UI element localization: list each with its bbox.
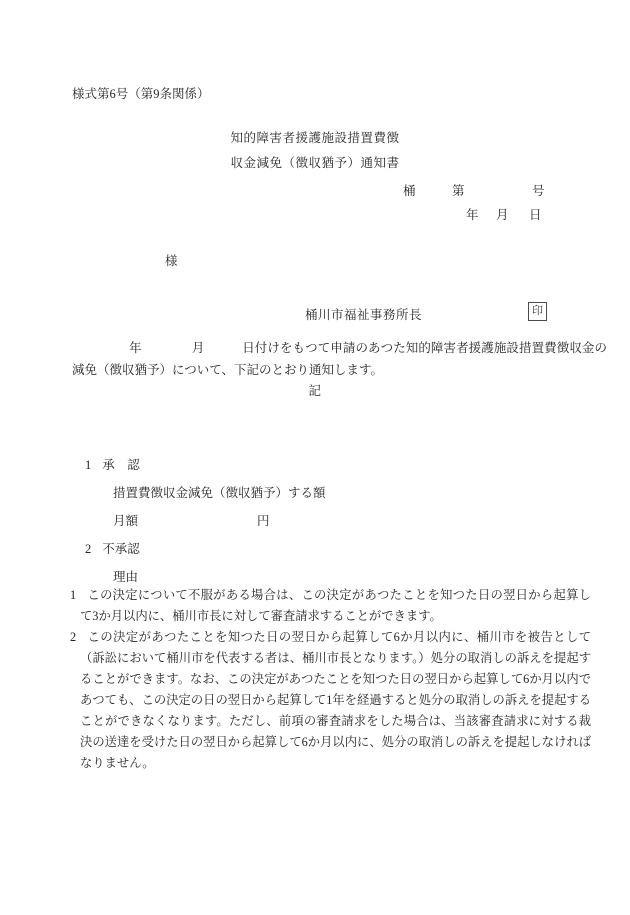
doc-number-suffix: 号 <box>532 181 545 199</box>
title-line-1: 知的障害者援護施設措置費徴 <box>0 126 630 151</box>
decision-item-disapproval: 2不承認 <box>85 539 140 557</box>
document-page: 様式第6号（第9条関係） 知的障害者援護施設措置費徴 収金減免（徴収猶予）通知書… <box>0 0 630 915</box>
date-day-label: 日 <box>529 205 542 223</box>
intro-paragraph: 年 月 日付けをもつて申請のあつた知的障害者援護施設措置費徴収金の減免（徴収猶予… <box>72 338 607 381</box>
date-month-label: 月 <box>496 205 509 223</box>
decision-item-approval-number: 1 <box>85 458 91 472</box>
appeal-notes: 1この決定について不服がある場合は、この決定があつたことを知つた日の翌日から起算… <box>70 585 591 774</box>
appeal-note-1-number: 1 <box>70 588 76 602</box>
issuer-title: 桶川市福祉事務所長 <box>305 305 422 323</box>
decision-item-disapproval-number: 2 <box>85 542 91 556</box>
decision-item-approval: 1承 認 <box>85 455 140 473</box>
appeal-note-2-text: この決定があつたことを知つた日の翌日から起算して6か月以内に、桶川市を被告として… <box>80 630 591 770</box>
document-title: 知的障害者援護施設措置費徴 収金減免（徴収猶予）通知書 <box>0 126 630 176</box>
addressee-honorific: 様 <box>165 251 178 269</box>
amount-label: 月額 <box>113 514 138 528</box>
appeal-note-2-number: 2 <box>70 630 76 644</box>
decision-item-disapproval-label: 不承認 <box>102 542 140 556</box>
appeal-note-1: 1この決定について不服がある場合は、この決定があつたことを知つた日の翌日から起算… <box>70 585 591 627</box>
ki-heading: 記 <box>0 381 630 399</box>
approval-detail-line: 措置費徴収金減免（徴収猶予）する額 <box>113 483 326 501</box>
appeal-note-2: 2この決定があつたことを知つた日の翌日から起算して6か月以内に、桶川市を被告とし… <box>70 627 591 774</box>
decision-item-approval-label: 承 認 <box>102 458 140 472</box>
appeal-note-1-text: この決定について不服がある場合は、この決定があつたことを知つた日の翌日から起算し… <box>80 588 591 623</box>
amount-line: 月額円 <box>113 511 270 529</box>
amount-unit-label: 円 <box>257 514 270 528</box>
disapproval-reason-label: 理由 <box>113 567 138 585</box>
date-year-label: 年 <box>466 205 479 223</box>
form-label: 様式第6号（第9条関係） <box>72 84 210 102</box>
seal-stamp: 印 <box>528 302 547 321</box>
doc-number-prefix: 桶 <box>403 181 416 199</box>
title-line-2: 収金減免（徴収猶予）通知書 <box>0 151 630 176</box>
doc-number-dai: 第 <box>452 181 465 199</box>
